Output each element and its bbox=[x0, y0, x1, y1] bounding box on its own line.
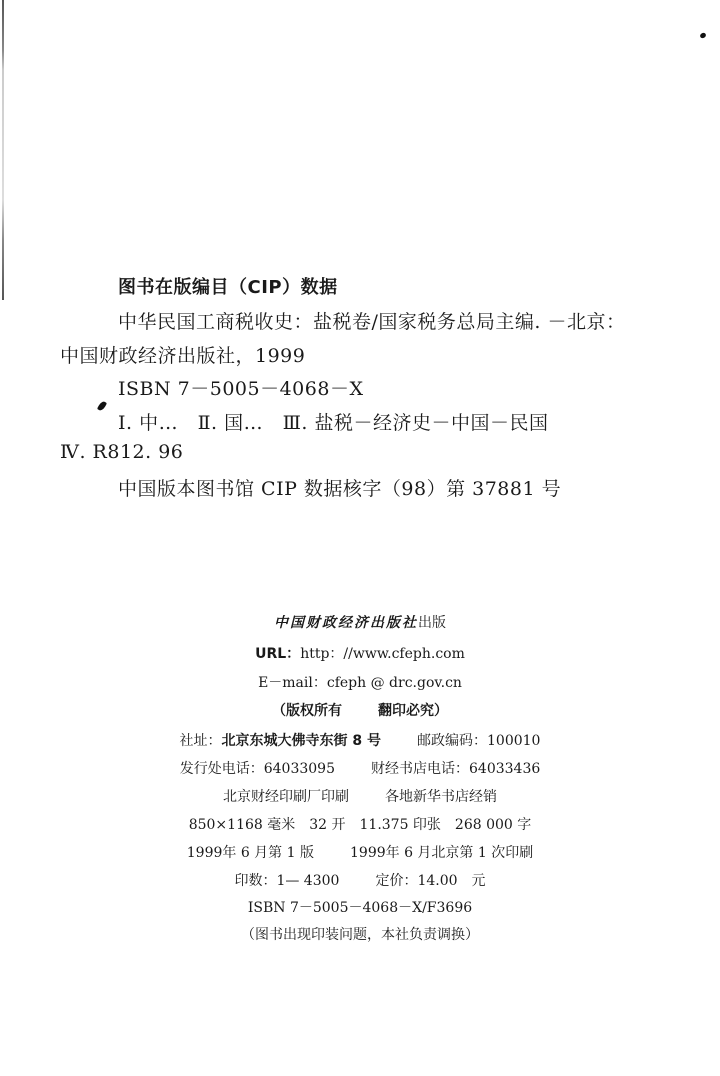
print-run: 印数：1— 4300 bbox=[234, 873, 339, 889]
scan-edge-line bbox=[2, 0, 4, 300]
publisher-suffix: 出版 bbox=[418, 615, 446, 631]
bookstore-phone: 财经书店电话：64033436 bbox=[371, 761, 540, 777]
printer-line: 北京财经印刷厂印刷各地新华书店经销 bbox=[0, 786, 720, 806]
sales-phone: 发行处电话：64033095 bbox=[180, 761, 335, 777]
address-line: 社址：北京东城大佛寺东街 8 号邮政编码：100010 bbox=[0, 730, 720, 750]
price: 定价：14.00 元 bbox=[375, 873, 485, 889]
cip-record-number: 中国版本图书馆 CIP 数据核字（98）第 37881 号 bbox=[118, 474, 561, 501]
publisher-name: 中国财政经济出版社 bbox=[274, 615, 418, 631]
url-line: URL：http：//www.cfeph.com bbox=[0, 643, 720, 663]
edition: 1999年 6 月第 1 版 bbox=[187, 845, 314, 861]
printing: 1999年 6 月北京第 1 次印刷 bbox=[350, 845, 533, 861]
cip-title-line: 中华民国工商税收史：盐税卷/国家税务总局主编. －北京： bbox=[118, 307, 625, 334]
scan-speck bbox=[699, 32, 707, 39]
notice-line: （图书出现印装问题，本社负责调换） bbox=[0, 924, 720, 944]
cip-heading: 图书在版编目（CIP）数据 bbox=[118, 273, 338, 299]
phone-line: 发行处电话：64033095财经书店电话：64033436 bbox=[0, 758, 720, 778]
cip-publisher-line: 中国财政经济出版社，1999 bbox=[60, 341, 305, 368]
specs-line: 850×1168 毫米 32 开 11.375 印张 268 000 字 bbox=[0, 814, 720, 834]
postcode: 邮政编码：100010 bbox=[417, 733, 540, 749]
ink-mark bbox=[97, 400, 107, 412]
edition-line: 1999年 6 月第 1 版1999年 6 月北京第 1 次印刷 bbox=[0, 842, 720, 862]
price-line: 印数：1— 4300定价：14.00 元 bbox=[0, 870, 720, 890]
rights-left: （版权所有 bbox=[272, 703, 342, 719]
url-value: http：//www.cfeph.com bbox=[300, 646, 465, 662]
cip-subjects: Ⅰ. 中… Ⅱ. 国… Ⅲ. 盐税－经济史－中国－民国 bbox=[118, 408, 548, 435]
address-label: 社址： bbox=[180, 733, 222, 749]
publisher-line: 中国财政经济出版社出版 bbox=[0, 612, 720, 632]
rights-right: 翻印必究） bbox=[378, 703, 448, 719]
printer: 北京财经印刷厂印刷 bbox=[223, 789, 349, 805]
distributor: 各地新华书店经销 bbox=[385, 789, 497, 805]
cip-classification: Ⅳ. R812. 96 bbox=[60, 441, 183, 463]
url-label: URL： bbox=[255, 646, 300, 662]
rights-line: （版权所有翻印必究） bbox=[0, 700, 720, 720]
address: 北京东城大佛寺东街 8 号 bbox=[222, 733, 382, 749]
cip-isbn: ISBN 7－5005－4068－X bbox=[118, 374, 363, 401]
full-isbn-line: ISBN 7－5005－4068－X/F3696 bbox=[0, 897, 720, 917]
email-line: E－mail：cfeph @ drc.gov.cn bbox=[0, 672, 720, 692]
